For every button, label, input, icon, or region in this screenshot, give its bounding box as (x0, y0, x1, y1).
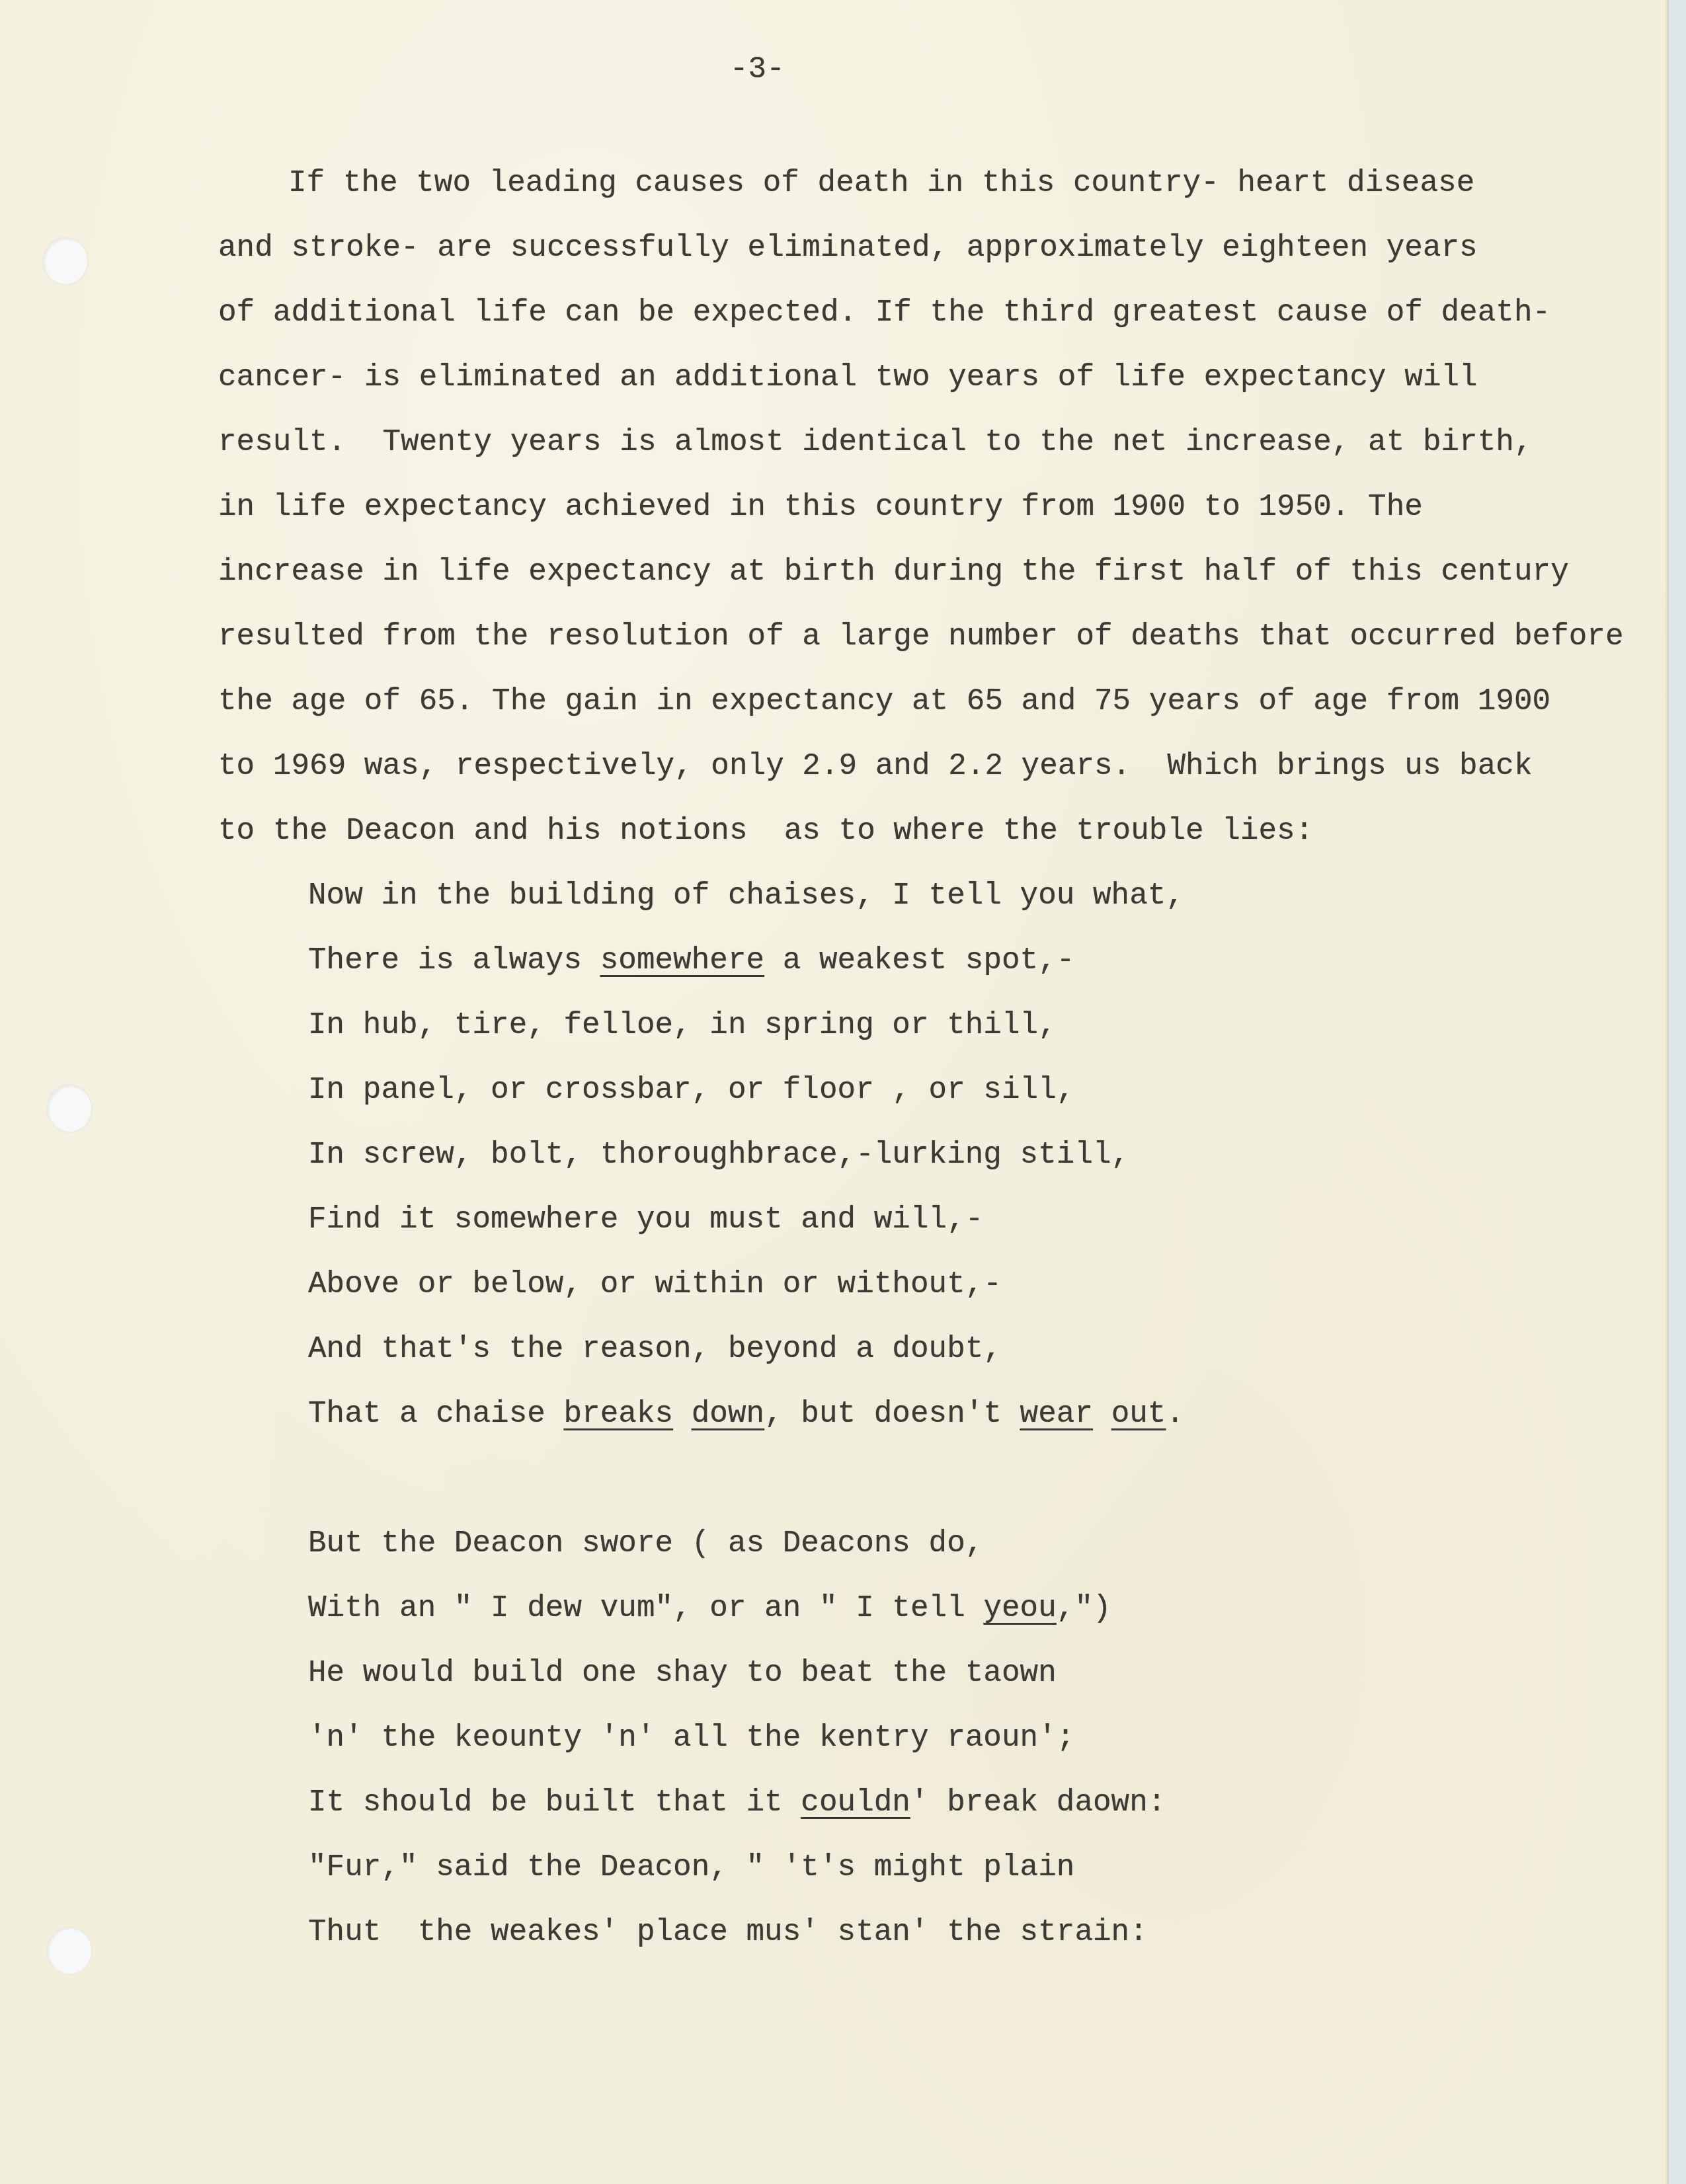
page-number: -3- (730, 54, 785, 85)
poem-line: In panel, or crossbar, or floor , or sil… (308, 1075, 1074, 1105)
paragraph-line: result. Twenty years is almost identical… (218, 427, 1533, 457)
poem-line: Now in the building of chaises, I tell y… (308, 880, 1184, 911)
poem-line: "Fur," said the Deacon, " 't's might pla… (308, 1852, 1074, 1883)
poem-line: But the Deacon swore ( as Deacons do, (308, 1528, 983, 1559)
poem-line: 'n' the keounty 'n' all the kentry raoun… (308, 1723, 1074, 1753)
poem-line: In hub, tire, felloe, in spring or thill… (308, 1010, 1057, 1040)
document-page: -3- If the two leading causes of death i… (0, 0, 1667, 2184)
underlined-word: down (692, 1397, 764, 1431)
underlined-word: somewhere (600, 943, 764, 978)
underlined-word: out (1111, 1397, 1166, 1431)
underlined-word: yeou (983, 1591, 1056, 1625)
paragraph-line: cancer- is eliminated an additional two … (218, 362, 1478, 393)
poem-line: Thut the weakes' place mus' stan' the st… (308, 1917, 1148, 1947)
paragraph-line: increase in life expectancy at birth dur… (218, 557, 1569, 587)
poem-line: With an " I dew vum", or an " I tell yeo… (308, 1593, 1111, 1623)
punch-hole-bottom (48, 1928, 91, 1974)
poem-line: Find it somewhere you must and will,- (308, 1204, 983, 1235)
poem-line: And that's the reason, beyond a doubt, (308, 1334, 1002, 1364)
paragraph-line: If the two leading causes of death in th… (288, 168, 1474, 198)
paragraph-line: and stroke- are successfully eliminated,… (218, 233, 1478, 263)
underlined-word: couldn (801, 1785, 910, 1820)
underlined-word: breaks (563, 1397, 673, 1431)
punch-hole-top (44, 238, 87, 284)
paragraph-line: resulted from the resolution of a large … (218, 621, 1624, 652)
poem-line: That a chaise breaks down, but doesn't w… (308, 1399, 1184, 1429)
paragraph-line: in life expectancy achieved in this coun… (218, 492, 1423, 522)
poem-line: It should be built that it couldn' break… (308, 1787, 1166, 1818)
paragraph-line: to 1969 was, respectively, only 2.9 and … (218, 751, 1533, 781)
poem-line: There is always somewhere a weakest spot… (308, 945, 1074, 976)
poem-line: In screw, bolt, thoroughbrace,-lurking s… (308, 1140, 1129, 1170)
underlined-word: wear (1020, 1397, 1093, 1431)
punch-hole-middle (48, 1085, 91, 1132)
paragraph-line: the age of 65. The gain in expectancy at… (218, 686, 1550, 717)
paragraph-line: to the Deacon and his notions as to wher… (218, 816, 1313, 846)
poem-line: He would build one shay to beat the taow… (308, 1658, 1057, 1688)
scanner-background-edge (1667, 0, 1686, 2184)
poem-line: Above or below, or within or without,- (308, 1269, 1002, 1300)
paragraph-line: of additional life can be expected. If t… (218, 297, 1550, 328)
